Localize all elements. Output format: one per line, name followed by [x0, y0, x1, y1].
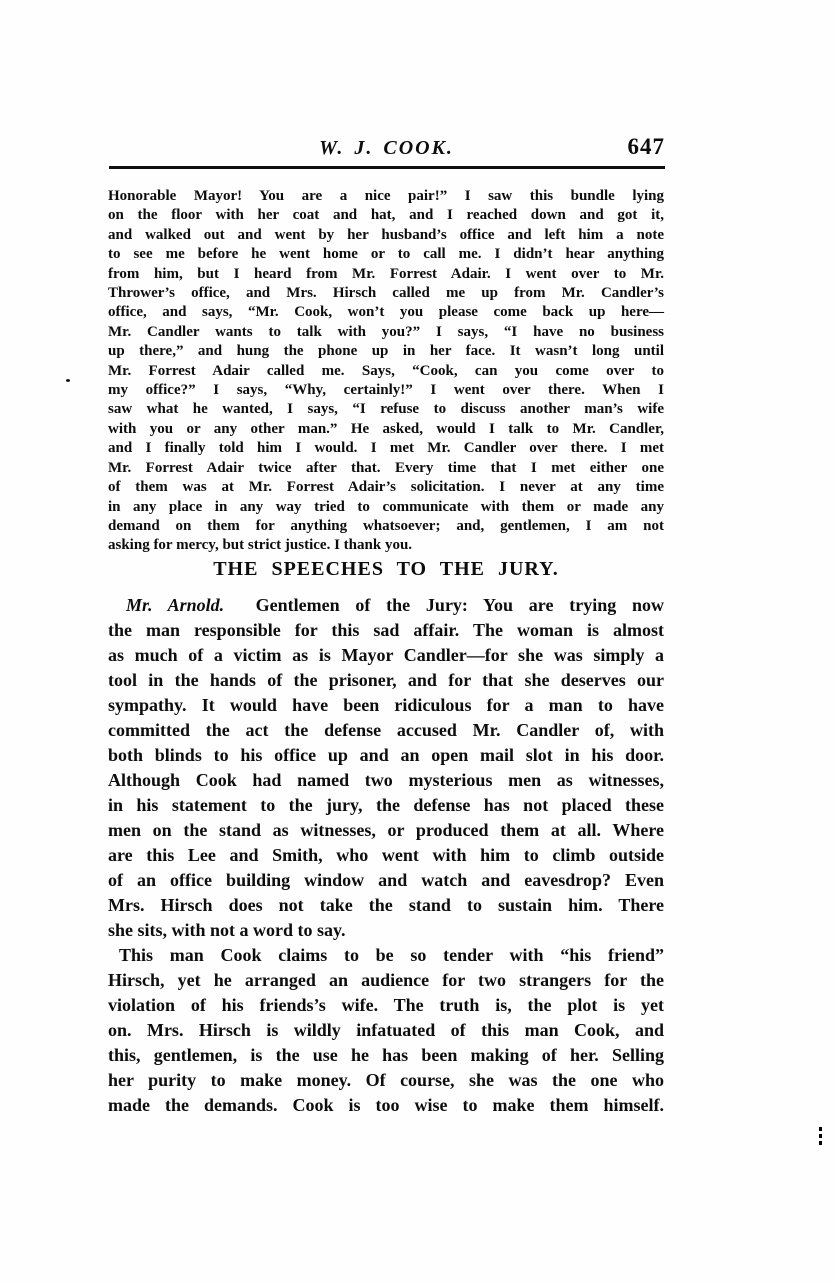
speech-line: Although Cook had named two mysterious m…: [108, 768, 664, 793]
section-heading: THE SPEECHES TO THE JURY.: [108, 558, 664, 581]
speech-line: tool in the hands of the prisoner, and f…: [108, 668, 664, 693]
speech-line: men on the stand as witnesses, or produc…: [108, 818, 664, 843]
page-number: 647: [628, 134, 666, 160]
statement-line: Thrower’s office, and Mrs. Hirsch called…: [108, 284, 664, 303]
speaker-name: Mr. Arnold.: [126, 595, 224, 615]
speech-line: violation of his friends’s wife. The tru…: [108, 993, 664, 1018]
speech-line: her purity to make money. Of course, she…: [108, 1068, 664, 1093]
scan-speck-artifact: [66, 379, 70, 382]
page-header: W. J. COOK. 647: [108, 134, 665, 164]
speech-line: Mrs. Hirsch does not take the stand to s…: [108, 893, 664, 918]
header-rule-divider: [109, 166, 665, 169]
statement-line: to see me before he went home or to call…: [108, 245, 664, 264]
speech-line-text: Gentlemen of the Jury: You are trying no…: [256, 595, 664, 615]
statement-line: Mr. Candler wants to talk with you?” I s…: [108, 323, 664, 342]
speech-line: the man responsible for this sad affair.…: [108, 618, 664, 643]
statement-line: office, and says, “Mr. Cook, won’t you p…: [108, 303, 664, 322]
speech-line: she sits, with not a word to say.: [108, 918, 664, 943]
speech-line: of an office building window and watch a…: [108, 868, 664, 893]
running-head-title: W. J. COOK.: [108, 137, 665, 160]
speech-line: made the demands. Cook is too wise to ma…: [108, 1093, 664, 1118]
speech-line: both blinds to his office up and an open…: [108, 743, 664, 768]
statement-line: and walked out and went by her husband’s…: [108, 226, 664, 245]
statement-line: from him, but I heard from Mr. Forrest A…: [108, 265, 664, 284]
speech-line: Mr. Arnold. Gentlemen of the Jury: You a…: [108, 593, 664, 618]
statement-line: in any place in any way tried to communi…: [108, 498, 664, 517]
scan-dash-artifact: [819, 1127, 822, 1147]
speech-line: in his statement to the jury, the defens…: [108, 793, 664, 818]
statement-line: Honorable Mayor! You are a nice pair!” I…: [108, 187, 664, 206]
speech-line: on. Mrs. Hirsch is wildly infatuated of …: [108, 1018, 664, 1043]
speech-line: this, gentlemen, is the use he has been …: [108, 1043, 664, 1068]
statement-line: saw what he wanted, I says, “I refuse to…: [108, 400, 664, 419]
statement-line: and I finally told him I would. I met Mr…: [108, 439, 664, 458]
speech-line: are this Lee and Smith, who went with hi…: [108, 843, 664, 868]
statement-line: with you or any other man.” He asked, wo…: [108, 420, 664, 439]
statement-paragraph: Honorable Mayor! You are a nice pair!” I…: [108, 187, 664, 556]
statement-line: of them was at Mr. Forrest Adair’s solic…: [108, 478, 664, 497]
speech-line: Hirsch, yet he arranged an audience for …: [108, 968, 664, 993]
speech-line: This man Cook claims to be so tender wit…: [108, 943, 664, 968]
speech-line: sympathy. It would have been ridiculous …: [108, 693, 664, 718]
statement-line: on the floor with her coat and hat, and …: [108, 206, 664, 225]
statement-line: up there,” and hung the phone up in her …: [108, 342, 664, 361]
scanned-book-page: W. J. COOK. 647 Honorable Mayor! You are…: [0, 0, 836, 1284]
statement-line: Mr. Forrest Adair twice after that. Ever…: [108, 459, 664, 478]
speech-line: committed the act the defense accused Mr…: [108, 718, 664, 743]
statement-line: my office?” I says, “Why, certainly!” I …: [108, 381, 664, 400]
statement-line: Mr. Forrest Adair called me. Says, “Cook…: [108, 362, 664, 381]
statement-line: asking for mercy, but strict justice. I …: [108, 536, 664, 555]
speech-to-jury: Mr. Arnold. Gentlemen of the Jury: You a…: [108, 593, 664, 1118]
statement-line: demand on them for anything whatsoever; …: [108, 517, 664, 536]
speech-line: as much of a victim as is Mayor Candler—…: [108, 643, 664, 668]
